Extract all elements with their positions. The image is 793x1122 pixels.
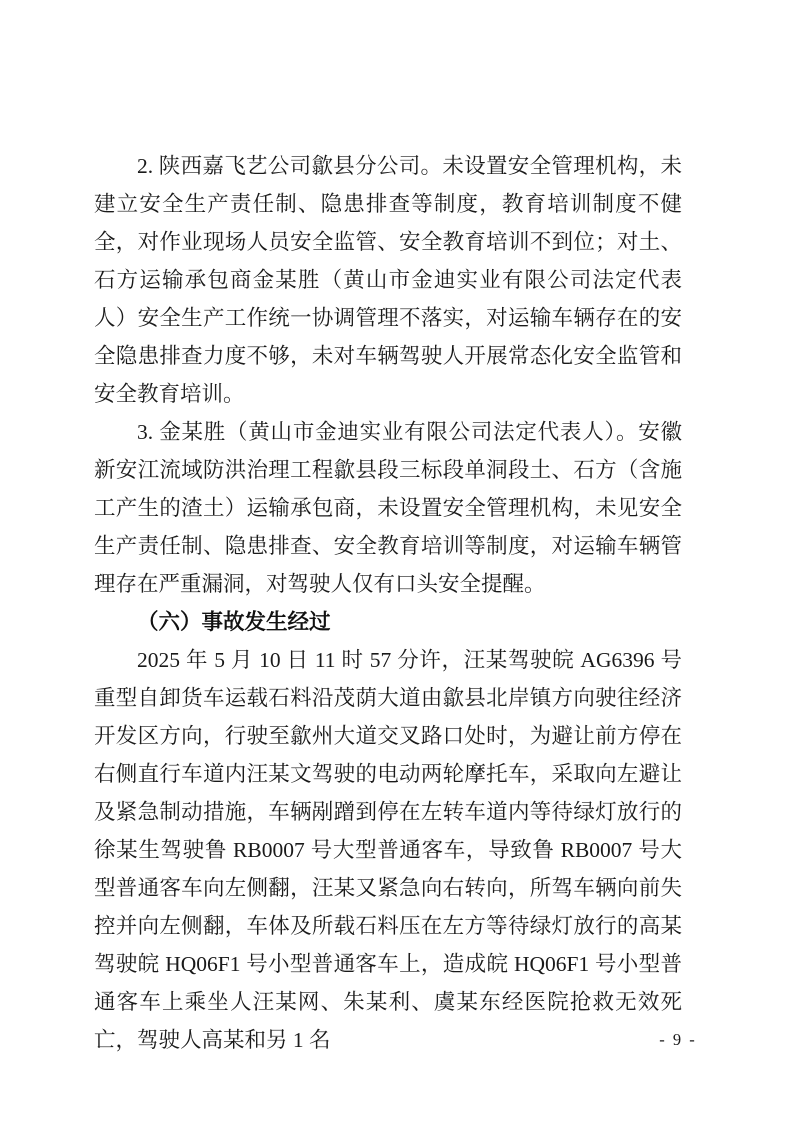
paragraph-responsibility-person: 3. 金某胜（黄山市金迪实业有限公司法定代表人）。安徽新安江流域防洪治理工程歙县… (94, 413, 682, 603)
page-number: - 9 - (648, 1030, 708, 1050)
document-body: 2. 陕西嘉飞艺公司歙县分公司。未设置安全管理机构，未建立安全生产责任制、隐患排… (94, 147, 682, 1059)
section-heading-accident-course: （六）事故发生经过 (94, 603, 682, 641)
paragraph-responsibility-company: 2. 陕西嘉飞艺公司歙县分公司。未设置安全管理机构，未建立安全生产责任制、隐患排… (94, 147, 682, 413)
paragraph-accident-description: 2025 年 5 月 10 日 11 时 57 分许，汪某驾驶皖 AG6396 … (94, 641, 682, 1059)
document-page: 2. 陕西嘉飞艺公司歙县分公司。未设置安全管理机构，未建立安全生产责任制、隐患排… (0, 0, 793, 1122)
